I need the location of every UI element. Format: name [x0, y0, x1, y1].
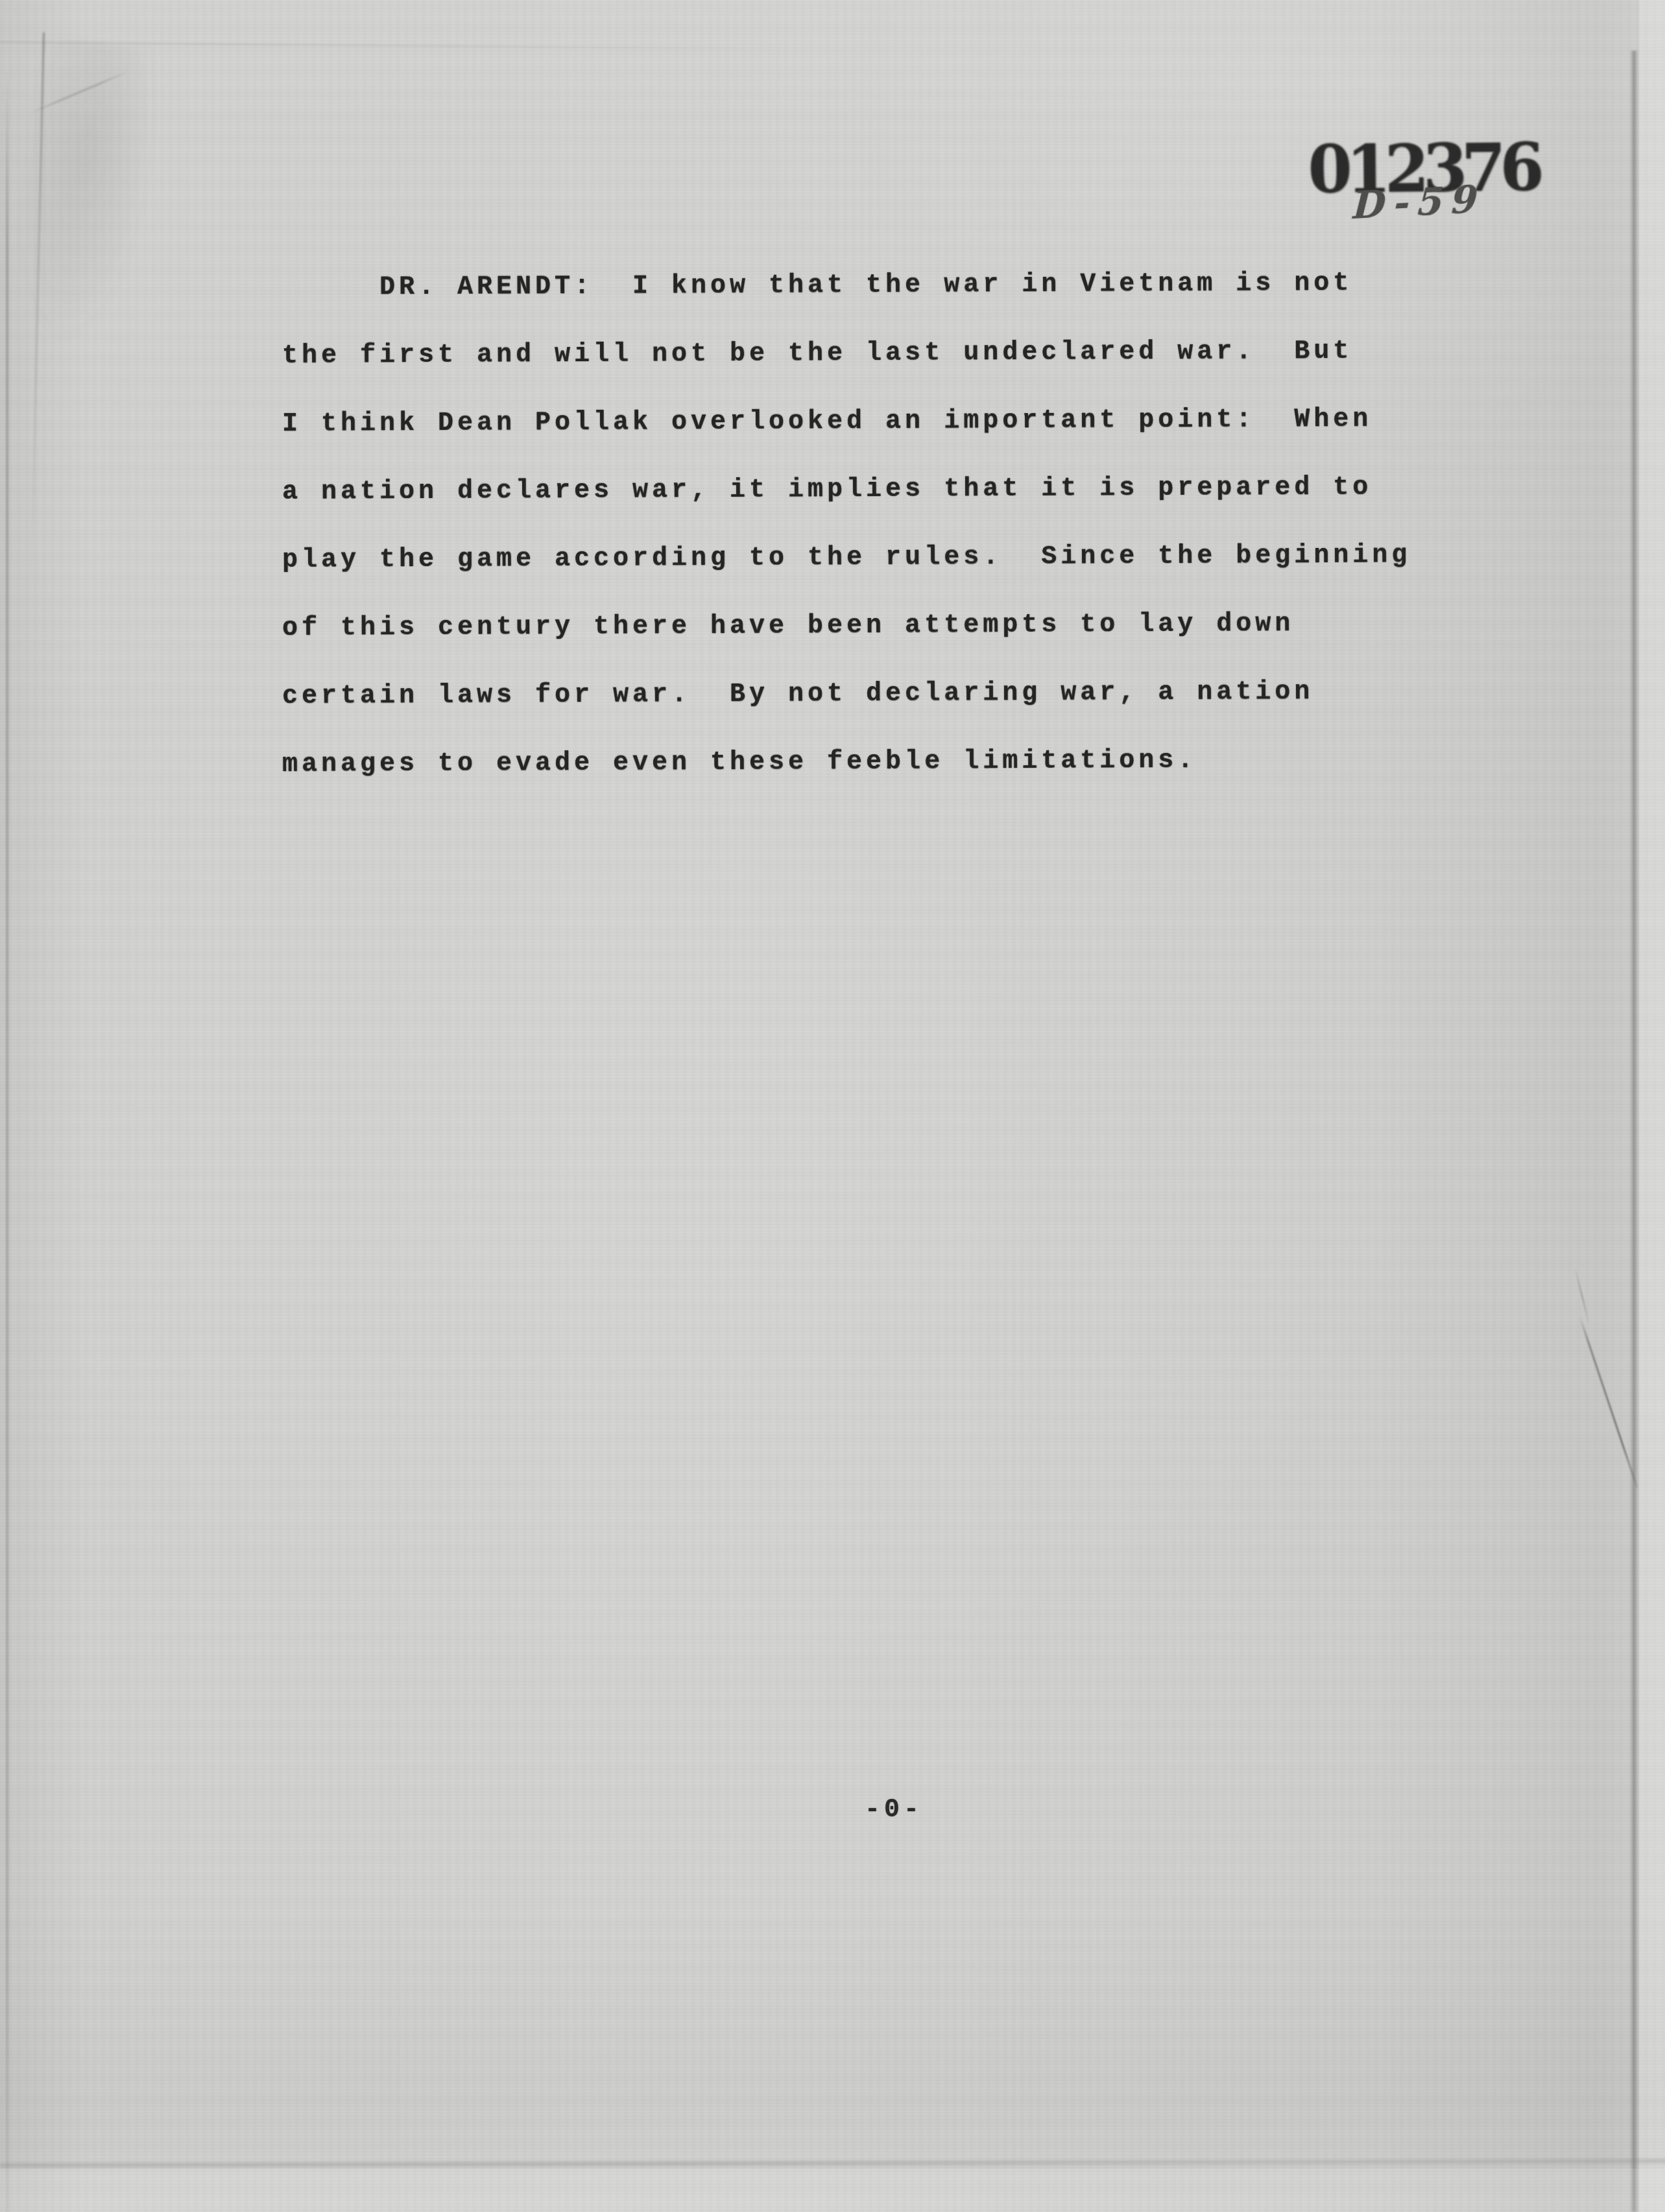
- handwritten-annotation: D-59: [1352, 180, 1487, 224]
- scan-vignette: [0, 0, 1665, 2212]
- bottom-scan-margin: [0, 2169, 1665, 2212]
- typewritten-line: certain laws for war. By not declaring w…: [282, 680, 1313, 710]
- left-paper-edge: [6, 71, 8, 2212]
- right-scan-margin: [1639, 0, 1665, 2212]
- typewritten-line: a nation declares war, it implies that i…: [282, 475, 1372, 506]
- typewritten-line: manages to evade even these feeble limit…: [282, 748, 1197, 778]
- scanned-document-page: 012376 D-59 DR. ARENDT: I know that the …: [0, 0, 1665, 2212]
- typewritten-line: of this century there have been attempts…: [282, 612, 1294, 642]
- typewritten-line: the first and will not be the last undec…: [282, 339, 1352, 370]
- typewritten-line: play the game according to the rules. Si…: [282, 543, 1411, 574]
- right-paper-edge: [1631, 51, 1638, 2212]
- typewritten-line: DR. ARENDT: I know that the war in Vietn…: [282, 271, 1352, 302]
- page-number: -0-: [865, 1798, 923, 1824]
- typewritten-line: I think Dean Pollak overlooked an import…: [282, 407, 1372, 438]
